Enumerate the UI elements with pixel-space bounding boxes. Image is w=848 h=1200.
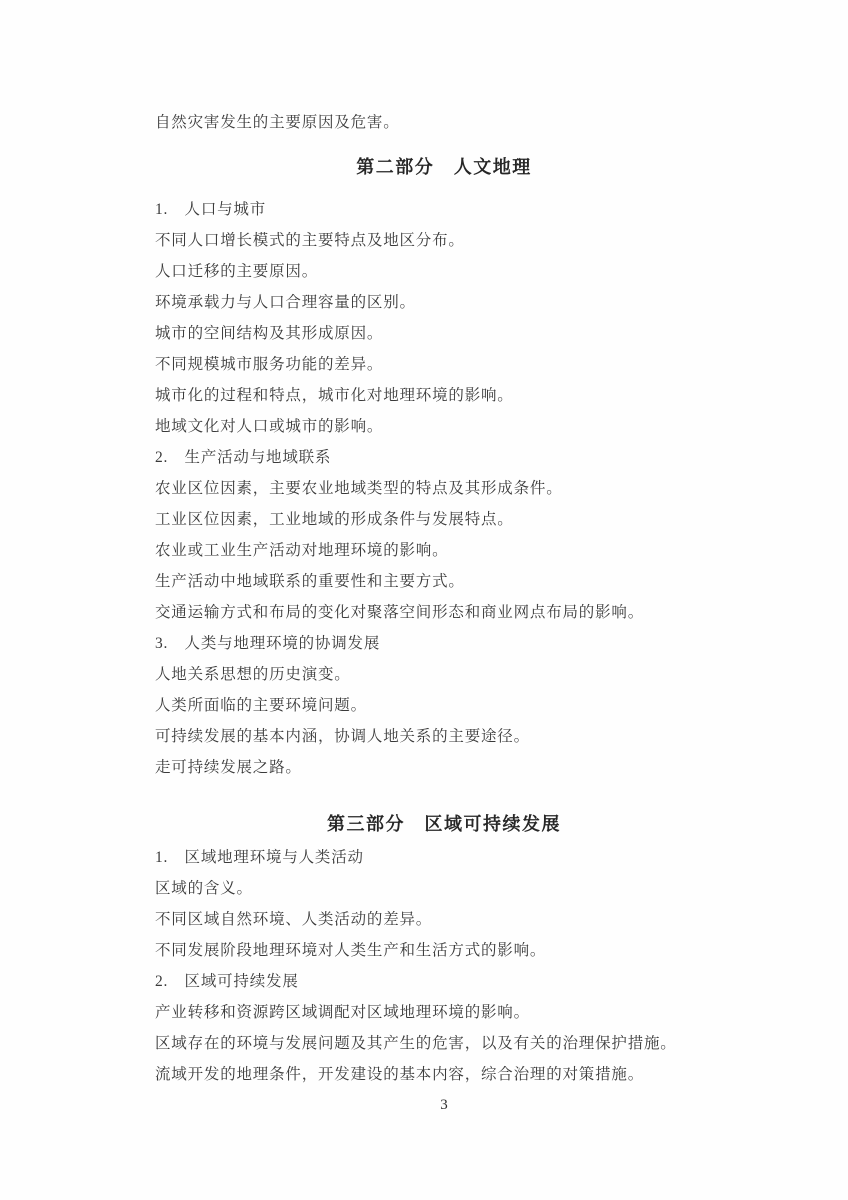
section-heading-part2: 第二部分 人文地理 [155,152,733,183]
syllabus-line: 农业区位因素，主要农业地域类型的特点及其形成条件。 [155,473,733,504]
syllabus-line: 农业或工业生产活动对地理环境的影响。 [155,535,733,566]
syllabus-line: 不同人口增长模式的主要特点及地区分布。 [155,225,733,256]
syllabus-line: 可持续发展的基本内涵，协调人地关系的主要途径。 [155,721,733,752]
syllabus-line: 环境承载力与人口合理容量的区别。 [155,287,733,318]
numbered-item: 2. 生产活动与地域联系 [155,442,733,473]
numbered-item: 1. 区域地理环境与人类活动 [155,842,733,873]
syllabus-line: 城市化的过程和特点，城市化对地理环境的影响。 [155,380,733,411]
syllabus-line: 生产活动中地域联系的重要性和主要方式。 [155,566,733,597]
syllabus-line: 区域存在的环境与发展问题及其产生的危害，以及有关的治理保护措施。 [155,1028,733,1059]
syllabus-line: 工业区位因素，工业地域的形成条件与发展特点。 [155,504,733,535]
syllabus-line: 流域开发的地理条件，开发建设的基本内容，综合治理的对策措施。 [155,1059,733,1090]
syllabus-line: 不同发展阶段地理环境对人类生产和生活方式的影响。 [155,935,733,966]
syllabus-line: 人地关系思想的历史演变。 [155,659,733,690]
syllabus-line: 走可持续发展之路。 [155,752,733,783]
document-page: 自然灾害发生的主要原因及危害。 第二部分 人文地理 1. 人口与城市 不同人口增… [0,0,848,1200]
intro-line: 自然灾害发生的主要原因及危害。 [155,107,733,138]
syllabus-line: 区域的含义。 [155,873,733,904]
numbered-item: 2. 区域可持续发展 [155,966,733,997]
section-heading-part3: 第三部分 区域可持续发展 [155,809,733,840]
syllabus-line: 地域文化对人口或城市的影响。 [155,411,733,442]
numbered-item: 3. 人类与地理环境的协调发展 [155,628,733,659]
syllabus-line: 不同规模城市服务功能的差异。 [155,349,733,380]
syllabus-line: 人口迁移的主要原因。 [155,256,733,287]
syllabus-line: 交通运输方式和布局的变化对聚落空间形态和商业网点布局的影响。 [155,597,733,628]
syllabus-line: 不同区域自然环境、人类活动的差异。 [155,904,733,935]
syllabus-line: 城市的空间结构及其形成原因。 [155,318,733,349]
syllabus-line: 产业转移和资源跨区域调配对区域地理环境的影响。 [155,997,733,1028]
syllabus-line: 人类所面临的主要环境问题。 [155,690,733,721]
page-number: 3 [155,1091,733,1119]
numbered-item: 1. 人口与城市 [155,194,733,225]
